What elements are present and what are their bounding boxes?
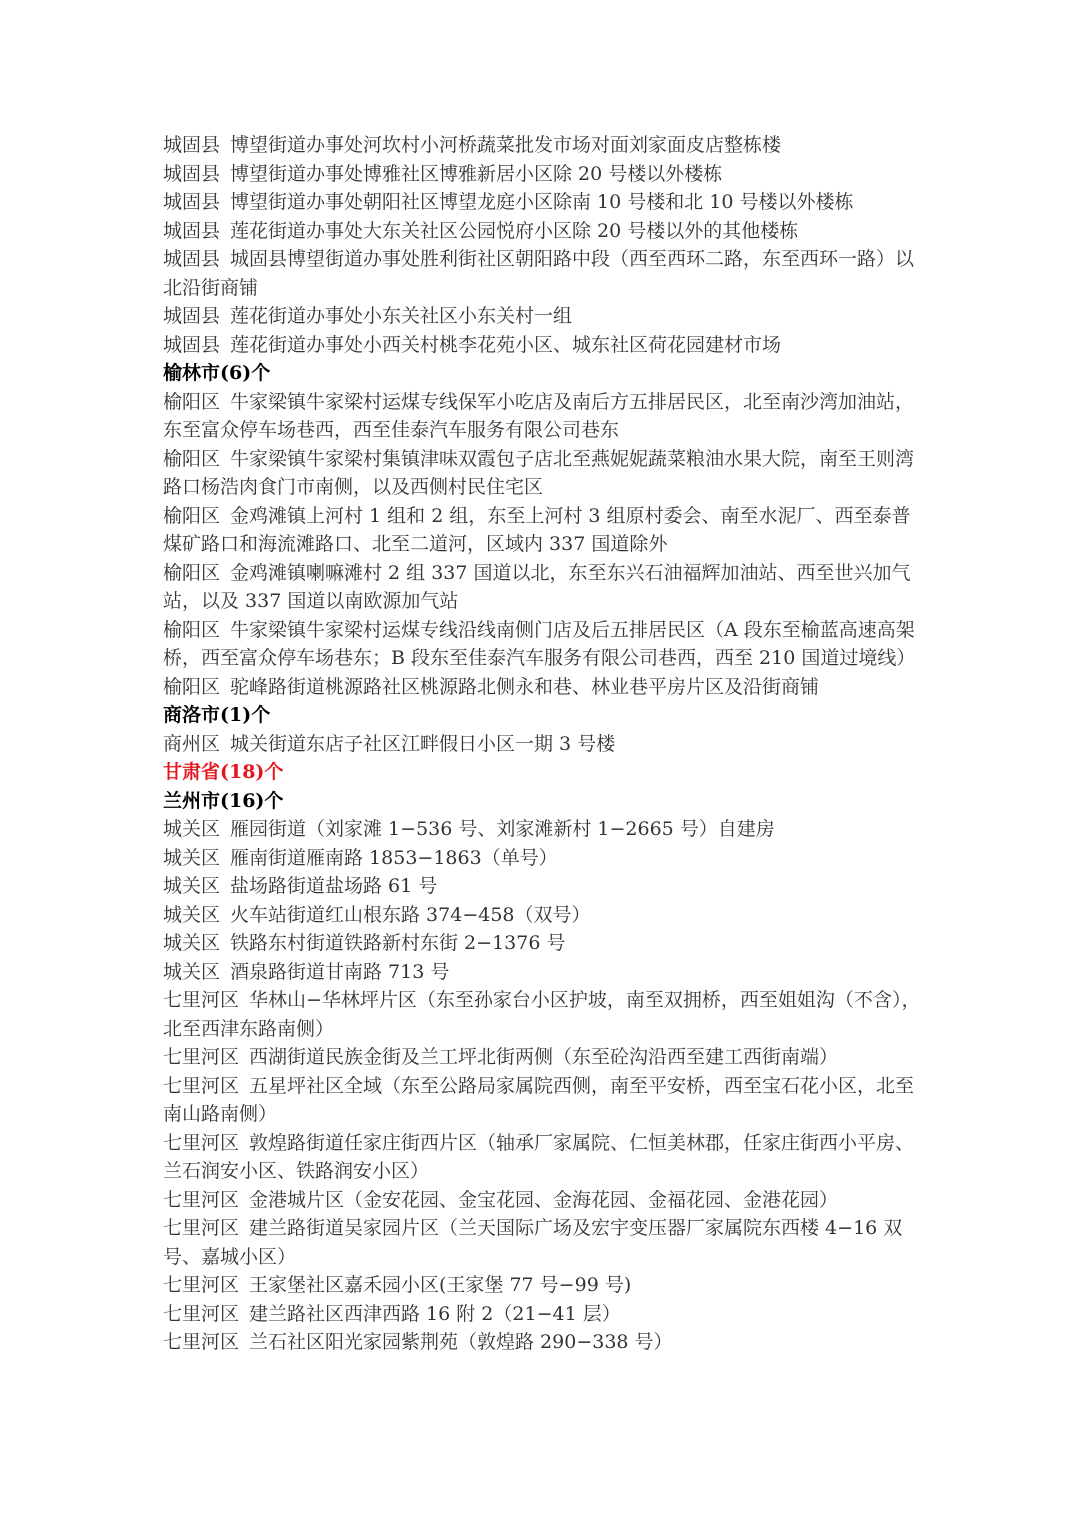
district-name: 榆阳区	[163, 619, 220, 641]
area-description: 建兰路社区西津西路 16 附 2（21−41 层）	[249, 1303, 621, 1325]
entry-list-chenggu: 城固县博望街道办事处河坎村小河桥蔬菜批发市场对面刘家面皮店整栋楼 城固县博望街道…	[163, 131, 923, 359]
list-item: 城关区火车站街道红山根东路 374−458（双号）	[163, 901, 923, 930]
area-description: 兰石社区阳光家园紫荆苑（敦煌路 290−338 号）	[249, 1331, 673, 1353]
area-description: 金港城片区（金安花园、金宝花园、金海花园、金福花园、金港花园）	[249, 1189, 838, 1211]
district-name: 七里河区	[163, 989, 239, 1011]
list-item: 商州区城关街道东店子社区江畔假日小区一期 3 号楼	[163, 730, 923, 759]
area-description: 牛家梁镇牛家梁村运煤专线保军小吃店及南后方五排居民区，北至南沙湾加油站，东至富众…	[163, 391, 914, 442]
list-item: 城固县城固县博望街道办事处胜利街社区朝阳路中段（西至西环二路，东至西环一路）以北…	[163, 245, 923, 302]
district-name: 七里河区	[163, 1075, 239, 1097]
area-description: 莲花街道办事处大东关社区公园悦府小区除 20 号楼以外的其他楼栋	[230, 220, 798, 242]
list-item: 城关区铁路东村街道铁路新村东街 2−1376 号	[163, 929, 923, 958]
district-name: 七里河区	[163, 1303, 239, 1325]
district-name: 城关区	[163, 875, 220, 897]
area-description: 城固县博望街道办事处胜利街社区朝阳路中段（西至西环二路，东至西环一路）以北沿街商…	[163, 248, 914, 299]
area-description: 莲花街道办事处小西关村桃李花苑小区、城东社区荷花园建材市场	[230, 334, 781, 356]
district-name: 榆阳区	[163, 676, 220, 698]
list-item: 榆阳区牛家梁镇牛家梁村集镇津味双霞包子店北至燕妮妮蔬菜粮油水果大院，南至王则湾路…	[163, 445, 923, 502]
list-item: 七里河区兰石社区阳光家园紫荆苑（敦煌路 290−338 号）	[163, 1328, 923, 1357]
list-item: 城关区盐场路街道盐场路 61 号	[163, 872, 923, 901]
district-name: 榆阳区	[163, 505, 220, 527]
area-description: 铁路东村街道铁路新村东街 2−1376 号	[230, 932, 565, 954]
entry-list-shangluo: 商州区城关街道东店子社区江畔假日小区一期 3 号楼	[163, 730, 923, 759]
area-description: 华林山−华林坪片区（东至孙家台小区护坡，南至双拥桥，西至姐姐沟（不含），北至西津…	[163, 989, 920, 1040]
district-name: 七里河区	[163, 1274, 239, 1296]
area-description: 牛家梁镇牛家梁村运煤专线沿线南侧门店及后五排居民区（A 段东至榆蓝高速高架桥，西…	[163, 619, 915, 670]
district-name: 榆阳区	[163, 562, 220, 584]
district-name: 七里河区	[163, 1189, 239, 1211]
list-item: 七里河区华林山−华林坪片区（东至孙家台小区护坡，南至双拥桥，西至姐姐沟（不含），…	[163, 986, 923, 1043]
district-name: 城固县	[163, 220, 220, 242]
area-description: 盐场路街道盐场路 61 号	[230, 875, 437, 897]
area-description: 城关街道东店子社区江畔假日小区一期 3 号楼	[230, 733, 615, 755]
area-description: 西湖街道民族金街及兰工坪北街两侧（东至砼沟沿西至建工西街南端）	[249, 1046, 838, 1068]
district-name: 七里河区	[163, 1217, 239, 1239]
list-item: 城关区雁园街道（刘家滩 1−536 号、刘家滩新村 1−2665 号）自建房	[163, 815, 923, 844]
area-description: 驼峰路街道桃源路社区桃源路北侧永和巷、林业巷平房片区及沿街商铺	[230, 676, 819, 698]
district-name: 城关区	[163, 961, 220, 983]
area-description: 五星坪社区全域（东至公路局家属院西侧，南至平安桥，西至宝石花小区，北至南山路南侧…	[163, 1075, 914, 1126]
area-description: 金鸡滩镇喇嘛滩村 2 组 337 国道以北，东至东兴石油福辉加油站、西至世兴加气…	[163, 562, 911, 613]
district-name: 榆阳区	[163, 448, 220, 470]
district-name: 商州区	[163, 733, 220, 755]
list-item: 城固县莲花街道办事处小东关社区小东关村一组	[163, 302, 923, 331]
area-description: 火车站街道红山根东路 374−458（双号）	[230, 904, 591, 926]
district-name: 城关区	[163, 932, 220, 954]
area-description: 博望街道办事处河坎村小河桥蔬菜批发市场对面刘家面皮店整栋楼	[230, 134, 781, 156]
list-item: 七里河区建兰路街道吴家园片区（兰天国际广场及宏宇变压器厂家属院东西楼 4−16 …	[163, 1214, 923, 1271]
city-heading-shangluo: 商洛市(1)个	[163, 701, 923, 730]
district-name: 城固县	[163, 305, 220, 327]
area-description: 酒泉路街道甘南路 713 号	[230, 961, 449, 983]
district-name: 城固县	[163, 191, 220, 213]
list-item: 榆阳区牛家梁镇牛家梁村运煤专线沿线南侧门店及后五排居民区（A 段东至榆蓝高速高架…	[163, 616, 923, 673]
list-item: 七里河区敦煌路街道任家庄街西片区（轴承厂家属院、仁恒美林郡，任家庄街西小平房、兰…	[163, 1129, 923, 1186]
area-description: 博望街道办事处朝阳社区博望龙庭小区除南 10 号楼和北 10 号楼以外楼栋	[230, 191, 854, 213]
district-name: 七里河区	[163, 1046, 239, 1068]
list-item: 城固县莲花街道办事处小西关村桃李花苑小区、城东社区荷花园建材市场	[163, 331, 923, 360]
district-name: 城关区	[163, 818, 220, 840]
area-description: 博望街道办事处博雅社区博雅新居小区除 20 号楼以外楼栋	[230, 163, 722, 185]
list-item: 城固县博望街道办事处朝阳社区博望龙庭小区除南 10 号楼和北 10 号楼以外楼栋	[163, 188, 923, 217]
list-item: 城固县莲花街道办事处大东关社区公园悦府小区除 20 号楼以外的其他楼栋	[163, 217, 923, 246]
area-description: 牛家梁镇牛家梁村集镇津味双霞包子店北至燕妮妮蔬菜粮油水果大院，南至王则湾路口杨浩…	[163, 448, 914, 499]
list-item: 榆阳区金鸡滩镇喇嘛滩村 2 组 337 国道以北，东至东兴石油福辉加油站、西至世…	[163, 559, 923, 616]
district-name: 七里河区	[163, 1331, 239, 1353]
city-heading-lanzhou: 兰州市(16)个	[163, 787, 923, 816]
list-item: 七里河区五星坪社区全域（东至公路局家属院西侧，南至平安桥，西至宝石花小区，北至南…	[163, 1072, 923, 1129]
area-description: 莲花街道办事处小东关社区小东关村一组	[230, 305, 572, 327]
district-name: 城固县	[163, 334, 220, 356]
district-name: 城关区	[163, 847, 220, 869]
district-name: 城固县	[163, 134, 220, 156]
district-name: 城固县	[163, 248, 220, 270]
list-item: 榆阳区金鸡滩镇上河村 1 组和 2 组，东至上河村 3 组原村委会、南至水泥厂、…	[163, 502, 923, 559]
list-item: 七里河区建兰路社区西津西路 16 附 2（21−41 层）	[163, 1300, 923, 1329]
area-description: 金鸡滩镇上河村 1 组和 2 组，东至上河村 3 组原村委会、南至水泥厂、西至泰…	[163, 505, 911, 556]
list-item: 榆阳区牛家梁镇牛家梁村运煤专线保军小吃店及南后方五排居民区，北至南沙湾加油站，东…	[163, 388, 923, 445]
list-item: 城关区酒泉路街道甘南路 713 号	[163, 958, 923, 987]
list-item: 城固县博望街道办事处博雅社区博雅新居小区除 20 号楼以外楼栋	[163, 160, 923, 189]
province-heading-gansu: 甘肃省(18)个	[163, 758, 923, 787]
district-name: 城关区	[163, 904, 220, 926]
list-item: 榆阳区驼峰路街道桃源路社区桃源路北侧永和巷、林业巷平房片区及沿街商铺	[163, 673, 923, 702]
list-item: 七里河区西湖街道民族金街及兰工坪北街两侧（东至砼沟沿西至建工西街南端）	[163, 1043, 923, 1072]
district-name: 榆阳区	[163, 391, 220, 413]
list-item: 城固县博望街道办事处河坎村小河桥蔬菜批发市场对面刘家面皮店整栋楼	[163, 131, 923, 160]
entry-list-lanzhou: 城关区雁园街道（刘家滩 1−536 号、刘家滩新村 1−2665 号）自建房 城…	[163, 815, 923, 1357]
city-heading-yulin: 榆林市(6)个	[163, 359, 923, 388]
list-item: 七里河区金港城片区（金安花园、金宝花园、金海花园、金福花园、金港花园）	[163, 1186, 923, 1215]
area-description: 建兰路街道吴家园片区（兰天国际广场及宏宇变压器厂家属院东西楼 4−16 双号、嘉…	[163, 1217, 902, 1268]
district-name: 七里河区	[163, 1132, 239, 1154]
list-item: 七里河区王家堡社区嘉禾园小区(王家堡 77 号−99 号)	[163, 1271, 923, 1300]
document-page: 城固县博望街道办事处河坎村小河桥蔬菜批发市场对面刘家面皮店整栋楼 城固县博望街道…	[163, 131, 923, 1357]
area-description: 王家堡社区嘉禾园小区(王家堡 77 号−99 号)	[249, 1274, 631, 1296]
area-description: 雁南街道雁南路 1853−1863（单号）	[230, 847, 558, 869]
entry-list-yulin: 榆阳区牛家梁镇牛家梁村运煤专线保军小吃店及南后方五排居民区，北至南沙湾加油站，东…	[163, 388, 923, 702]
area-description: 敦煌路街道任家庄街西片区（轴承厂家属院、仁恒美林郡，任家庄街西小平房、兰石润安小…	[163, 1132, 914, 1183]
list-item: 城关区雁南街道雁南路 1853−1863（单号）	[163, 844, 923, 873]
area-description: 雁园街道（刘家滩 1−536 号、刘家滩新村 1−2665 号）自建房	[230, 818, 775, 840]
district-name: 城固县	[163, 163, 220, 185]
